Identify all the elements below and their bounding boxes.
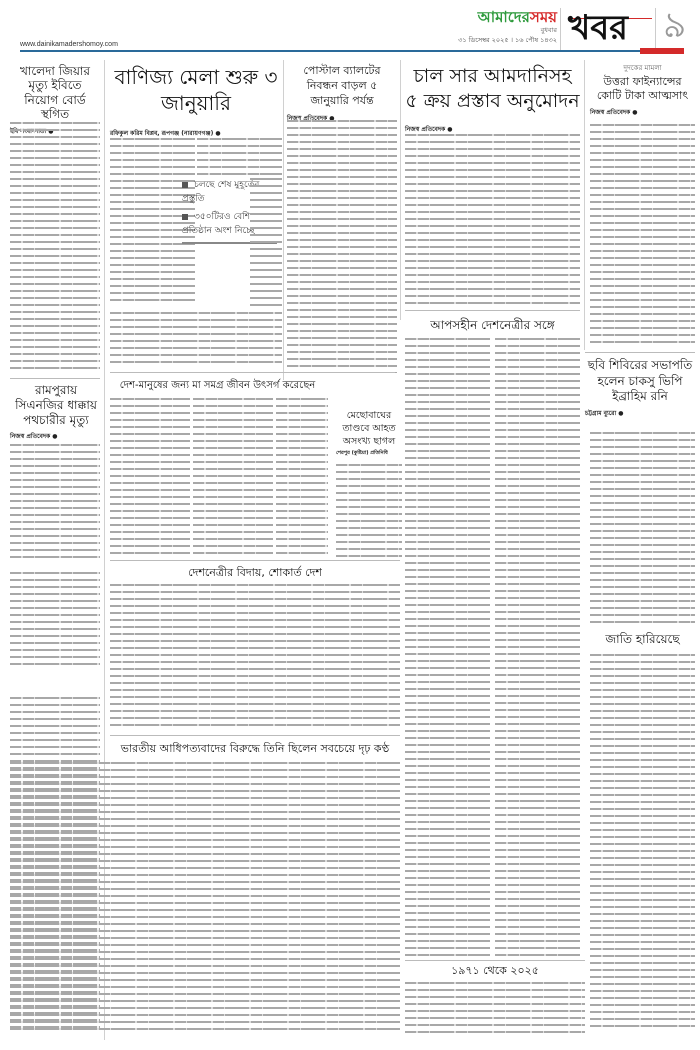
bullet-square-icon [182, 214, 188, 220]
article-body [287, 118, 397, 373]
article-divider [585, 352, 695, 353]
article-body [110, 310, 282, 368]
article-body [336, 462, 402, 557]
byline: চট্টগ্রাম ব্যুরো ● [585, 408, 695, 419]
article-banijya[interactable]: বাণিজ্য মেলা শুরু ৩ জানুয়ারি [110, 64, 282, 116]
article-divider [405, 310, 580, 311]
headline[interactable]: উত্তরা ফাইন্যান্সের কোটি টাকা আত্মসাৎ [590, 75, 695, 104]
article-body [276, 396, 328, 556]
headline[interactable]: ভারতীয় আধিপত্যবাদের বিরুদ্ধে তিনি ছিলেন… [110, 742, 400, 755]
article-body [193, 396, 273, 556]
headline[interactable]: বাণিজ্য মেলা শুরু ৩ জানুয়ারি [110, 64, 282, 116]
article-rampura[interactable]: রামপুরায় সিএনজির ধাক্কায় পথচারীর মৃত্য… [10, 383, 102, 442]
masthead-rule [20, 50, 640, 52]
byline: নিজস্ব প্রতিবেদক ● [590, 107, 695, 118]
article-body [250, 176, 282, 306]
article-divider [110, 735, 400, 736]
article-body [110, 396, 190, 556]
column-divider [584, 60, 585, 350]
article-body [590, 122, 695, 347]
headline[interactable]: ছবি শিবিরের সভাপতি হলেন চাকসু ভিপি ইব্রা… [585, 358, 695, 405]
headline[interactable]: খালেদা জিয়ার মৃত্যু ইবিতে নিয়োগ বোর্ড … [10, 64, 100, 122]
headline[interactable]: পোস্টাল ব্যালটের নিবন্ধন বাড়ল ৫ জানুয়া… [287, 64, 397, 109]
column-divider [400, 60, 401, 320]
article-chal[interactable]: চাল সার আমদানিসহ ৫ ক্রয় প্রস্তাব অনুমোদ… [405, 64, 580, 113]
headline[interactable]: আপসহীন দেশনেত্রীর সঙ্গে [405, 318, 580, 332]
masthead-divider [560, 8, 561, 52]
headline[interactable]: দেশ-মানুষের জন্য মা সমগ্র জীবন উৎসর্গ কর… [110, 380, 325, 392]
article-divider [110, 372, 395, 373]
website-url[interactable]: www.dainikamadershomoy.com [20, 41, 118, 48]
article-body [10, 760, 400, 1035]
issue-date: ৩১ ডিসেম্বর ২০২৫ । ১৬ পৌষ ১৪৩২ [380, 35, 557, 46]
byline: নিজস্ব প্রতিবেদক ● [10, 431, 102, 442]
headline[interactable]: দেশনেত্রীর বিদায়, শোকার্ত দেশ [110, 566, 400, 579]
article-body [405, 132, 580, 307]
headline[interactable]: মেছোবাঘের তাণ্ডবে আহত অসংখ্য ছাগল [336, 410, 402, 448]
article-bharatiya[interactable]: ভারতীয় আধিপত্যবাদের বিরুদ্ধে তিনি ছিলেন… [110, 742, 400, 755]
masthead-divider [655, 8, 656, 52]
article-body [590, 652, 695, 1032]
article-body [197, 136, 282, 176]
page-number: ৯ [663, 4, 686, 48]
headline[interactable]: ১৯৭১ থেকে ২০২৫ [405, 964, 585, 977]
article-1971[interactable]: ১৯৭১ থেকে ২০২৫ [405, 964, 585, 977]
article-divider [405, 960, 585, 961]
brand-part-2: সময় [530, 8, 557, 26]
article-divider [10, 378, 100, 379]
section-title: খবর [568, 6, 628, 50]
bullet-square-icon [182, 182, 188, 188]
masthead-red-block [640, 48, 684, 54]
article-body [10, 442, 100, 562]
article-meghbagh[interactable]: মেছোবাঘের তাণ্ডবে আহত অসংখ্য ছাগল শেরপুর… [336, 410, 402, 458]
article-body [495, 336, 580, 956]
article-body [10, 570, 100, 670]
article-postal[interactable]: পোস্টাল ব্যালটের নিবন্ধন বাড়ল ৫ জানুয়া… [287, 64, 397, 124]
article-jati[interactable]: জাতি হারিয়েছে [590, 632, 695, 646]
article-body [10, 120, 100, 370]
kicker: দুদকের মামলা [590, 62, 695, 74]
article-chobi[interactable]: ছবি শিবিরের সভাপতি হলেন চাকসু ভিপি ইব্রা… [585, 358, 695, 419]
article-aposhin[interactable]: আপসহীন দেশনেত্রীর সঙ্গে [405, 318, 580, 332]
article-divider [110, 560, 400, 561]
article-uttara[interactable]: দুদকের মামলা উত্তরা ফাইন্যান্সের কোটি টা… [590, 62, 695, 118]
headline[interactable]: চাল সার আমদানিসহ ৫ ক্রয় প্রস্তাব অনুমোদ… [405, 64, 580, 113]
article-body [110, 582, 400, 727]
article-body [405, 980, 585, 1035]
article-body [590, 430, 695, 625]
article-body [405, 336, 490, 956]
byline: শেরপুর (কুষ্টিয়া) প্রতিনিধি [336, 450, 402, 458]
headline[interactable]: রামপুরায় সিএনজির ধাক্কায় পথচারীর মৃত্য… [10, 383, 102, 428]
article-deshnetri[interactable]: দেশনেত্রীর বিদায়, শোকার্ত দেশ [110, 566, 400, 579]
headline[interactable]: জাতি হারিয়েছে [590, 632, 695, 646]
article-desh-manush[interactable]: দেশ-মানুষের জন্য মা সমগ্র জীবন উৎসর্গ কর… [110, 380, 325, 392]
column-divider [283, 60, 284, 380]
brand-part-1: আমাদের [478, 8, 530, 26]
